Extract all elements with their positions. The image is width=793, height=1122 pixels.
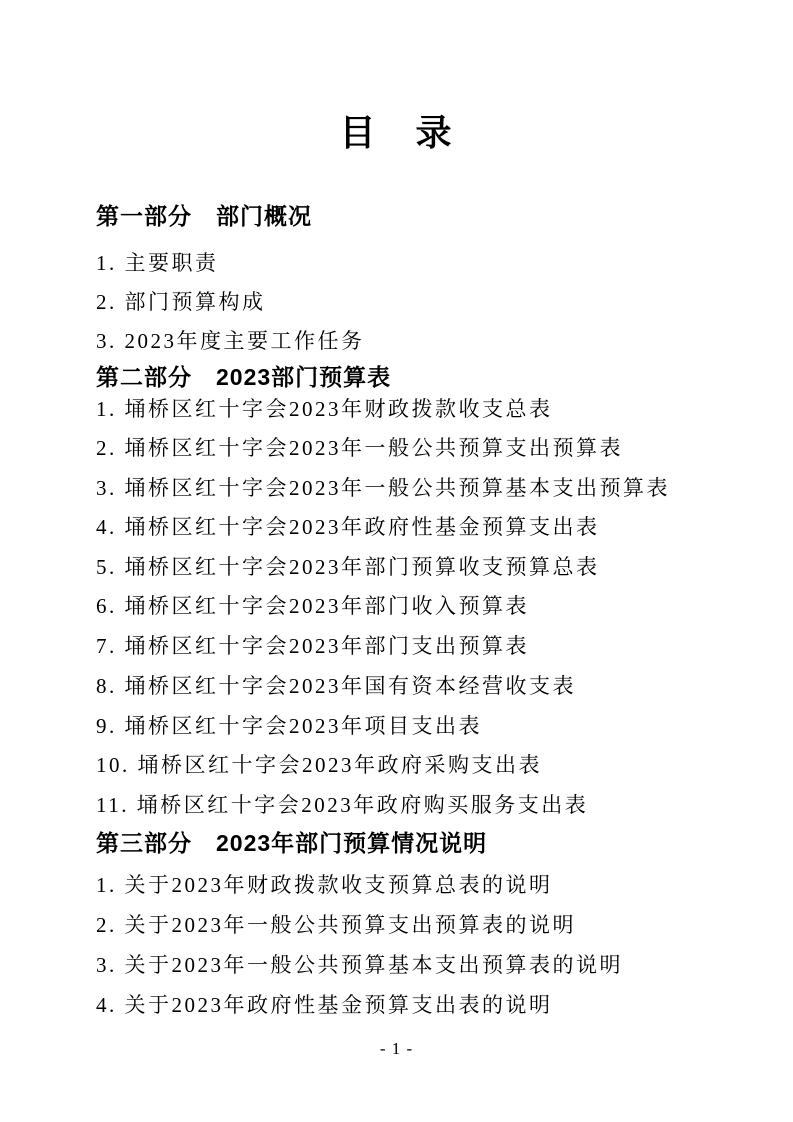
toc-item: 3. 埇桥区红十字会2023年一般公共预算基本支出预算表 [96, 475, 670, 501]
page-title: 目 录 [0, 112, 793, 154]
toc-item: 1. 关于2023年财政拨款收支预算总表的说明 [96, 872, 553, 898]
section-heading-3: 第三部分 2023年部门预算情况说明 [96, 829, 487, 857]
toc-item: 3. 关于2023年一般公共预算基本支出预算表的说明 [96, 952, 623, 978]
toc-item: 11. 埇桥区红十字会2023年政府购买服务支出表 [96, 792, 588, 818]
toc-item: 2. 关于2023年一般公共预算支出预算表的说明 [96, 912, 576, 938]
toc-item: 9. 埇桥区红十字会2023年项目支出表 [96, 713, 482, 739]
document-page: 目 录 第一部分 部门概况 1. 主要职责 2. 部门预算构成 3. 2023年… [0, 0, 793, 1122]
toc-item: 8. 埇桥区红十字会2023年国有资本经营收支表 [96, 673, 576, 699]
toc-item: 2. 埇桥区红十字会2023年一般公共预算支出预算表 [96, 435, 623, 461]
toc-item: 4. 关于2023年政府性基金预算支出表的说明 [96, 992, 553, 1018]
toc-item: 5. 埇桥区红十字会2023年部门预算收支预算总表 [96, 554, 600, 580]
toc-item: 4. 埇桥区红十字会2023年政府性基金预算支出表 [96, 514, 600, 540]
section-heading-2: 第二部分 2023部门预算表 [96, 363, 391, 391]
section-heading-1: 第一部分 部门概况 [96, 202, 312, 230]
page-number: - 1 - [0, 1038, 793, 1060]
toc-item: 2. 部门预算构成 [96, 289, 266, 315]
toc-item: 1. 埇桥区红十字会2023年财政拨款收支总表 [96, 396, 553, 422]
toc-item: 10. 埇桥区红十字会2023年政府采购支出表 [96, 752, 542, 778]
toc-item: 3. 2023年度主要工作任务 [96, 328, 365, 354]
toc-item: 7. 埇桥区红十字会2023年部门支出预算表 [96, 633, 529, 659]
toc-item: 1. 主要职责 [96, 250, 219, 276]
toc-item: 6. 埇桥区红十字会2023年部门收入预算表 [96, 593, 529, 619]
